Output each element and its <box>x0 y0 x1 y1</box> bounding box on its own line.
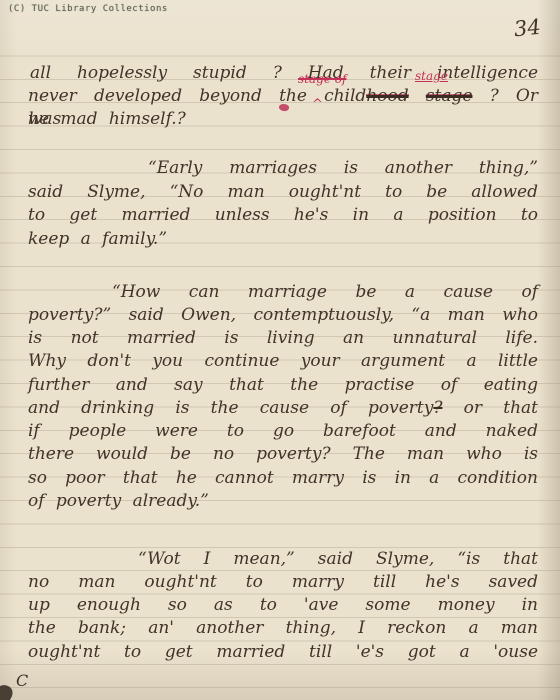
manuscript-line: no man ought'nt to marry till he's saved <box>28 571 538 594</box>
manuscript-line: keep a family.” <box>28 228 538 251</box>
manuscript-line: poverty?” said Owen, contemptuously, “a … <box>28 304 538 327</box>
manuscript-line: “How can marriage be a cause of <box>112 281 538 304</box>
manuscript-line: Why don't you continue your argument a l… <box>28 350 538 373</box>
page-number: 34 <box>513 15 542 42</box>
corrected-word: hood <box>366 86 408 106</box>
manuscript-line: up enough so as to 'ave some money in <box>28 594 538 617</box>
manuscript-line: and drinking is the cause of poverty? or… <box>28 397 538 420</box>
manuscript-line: all hopelessly stupid ? Had their intell… <box>30 62 538 85</box>
red-annotation: ^ <box>312 99 323 111</box>
manuscript-line: the bank; an' another thing, I reckon a … <box>28 617 538 640</box>
manuscript-line: ought'nt to get married till 'e's got a … <box>28 641 538 664</box>
manuscript-line: he mad himself.? <box>28 108 538 131</box>
manuscript-line: if people were to go barefoot and naked <box>28 420 538 443</box>
red-annotation: stage <box>415 70 448 82</box>
manuscript-line: further and say that the practise of eat… <box>28 374 538 397</box>
page-marker-c: C <box>16 671 28 690</box>
red-annotation: stage of <box>298 73 346 85</box>
manuscript-line: “Early marriages is another thing,” <box>148 157 538 180</box>
manuscript-line: so poor that he cannot marry is in a con… <box>28 467 538 490</box>
manuscript-line: said Slyme, “No man ought'nt to be allow… <box>28 181 538 204</box>
watermark: (C) TUC Library Collections <box>8 4 168 14</box>
manuscript-line: to get married unless he's in a position… <box>28 204 538 227</box>
manuscript-line: “Wot I mean,” said Slyme, “is that <box>138 548 538 571</box>
corrected-word: stage <box>426 86 473 106</box>
ink-speck <box>0 683 15 700</box>
manuscript-page: (C) TUC Library Collections 34 all hopel… <box>0 0 560 700</box>
manuscript-line: of poverty already.” <box>28 490 538 513</box>
manuscript-line: is not married is living an unnatural li… <box>28 327 538 350</box>
manuscript-line: there would be no poverty? The man who i… <box>28 443 538 466</box>
